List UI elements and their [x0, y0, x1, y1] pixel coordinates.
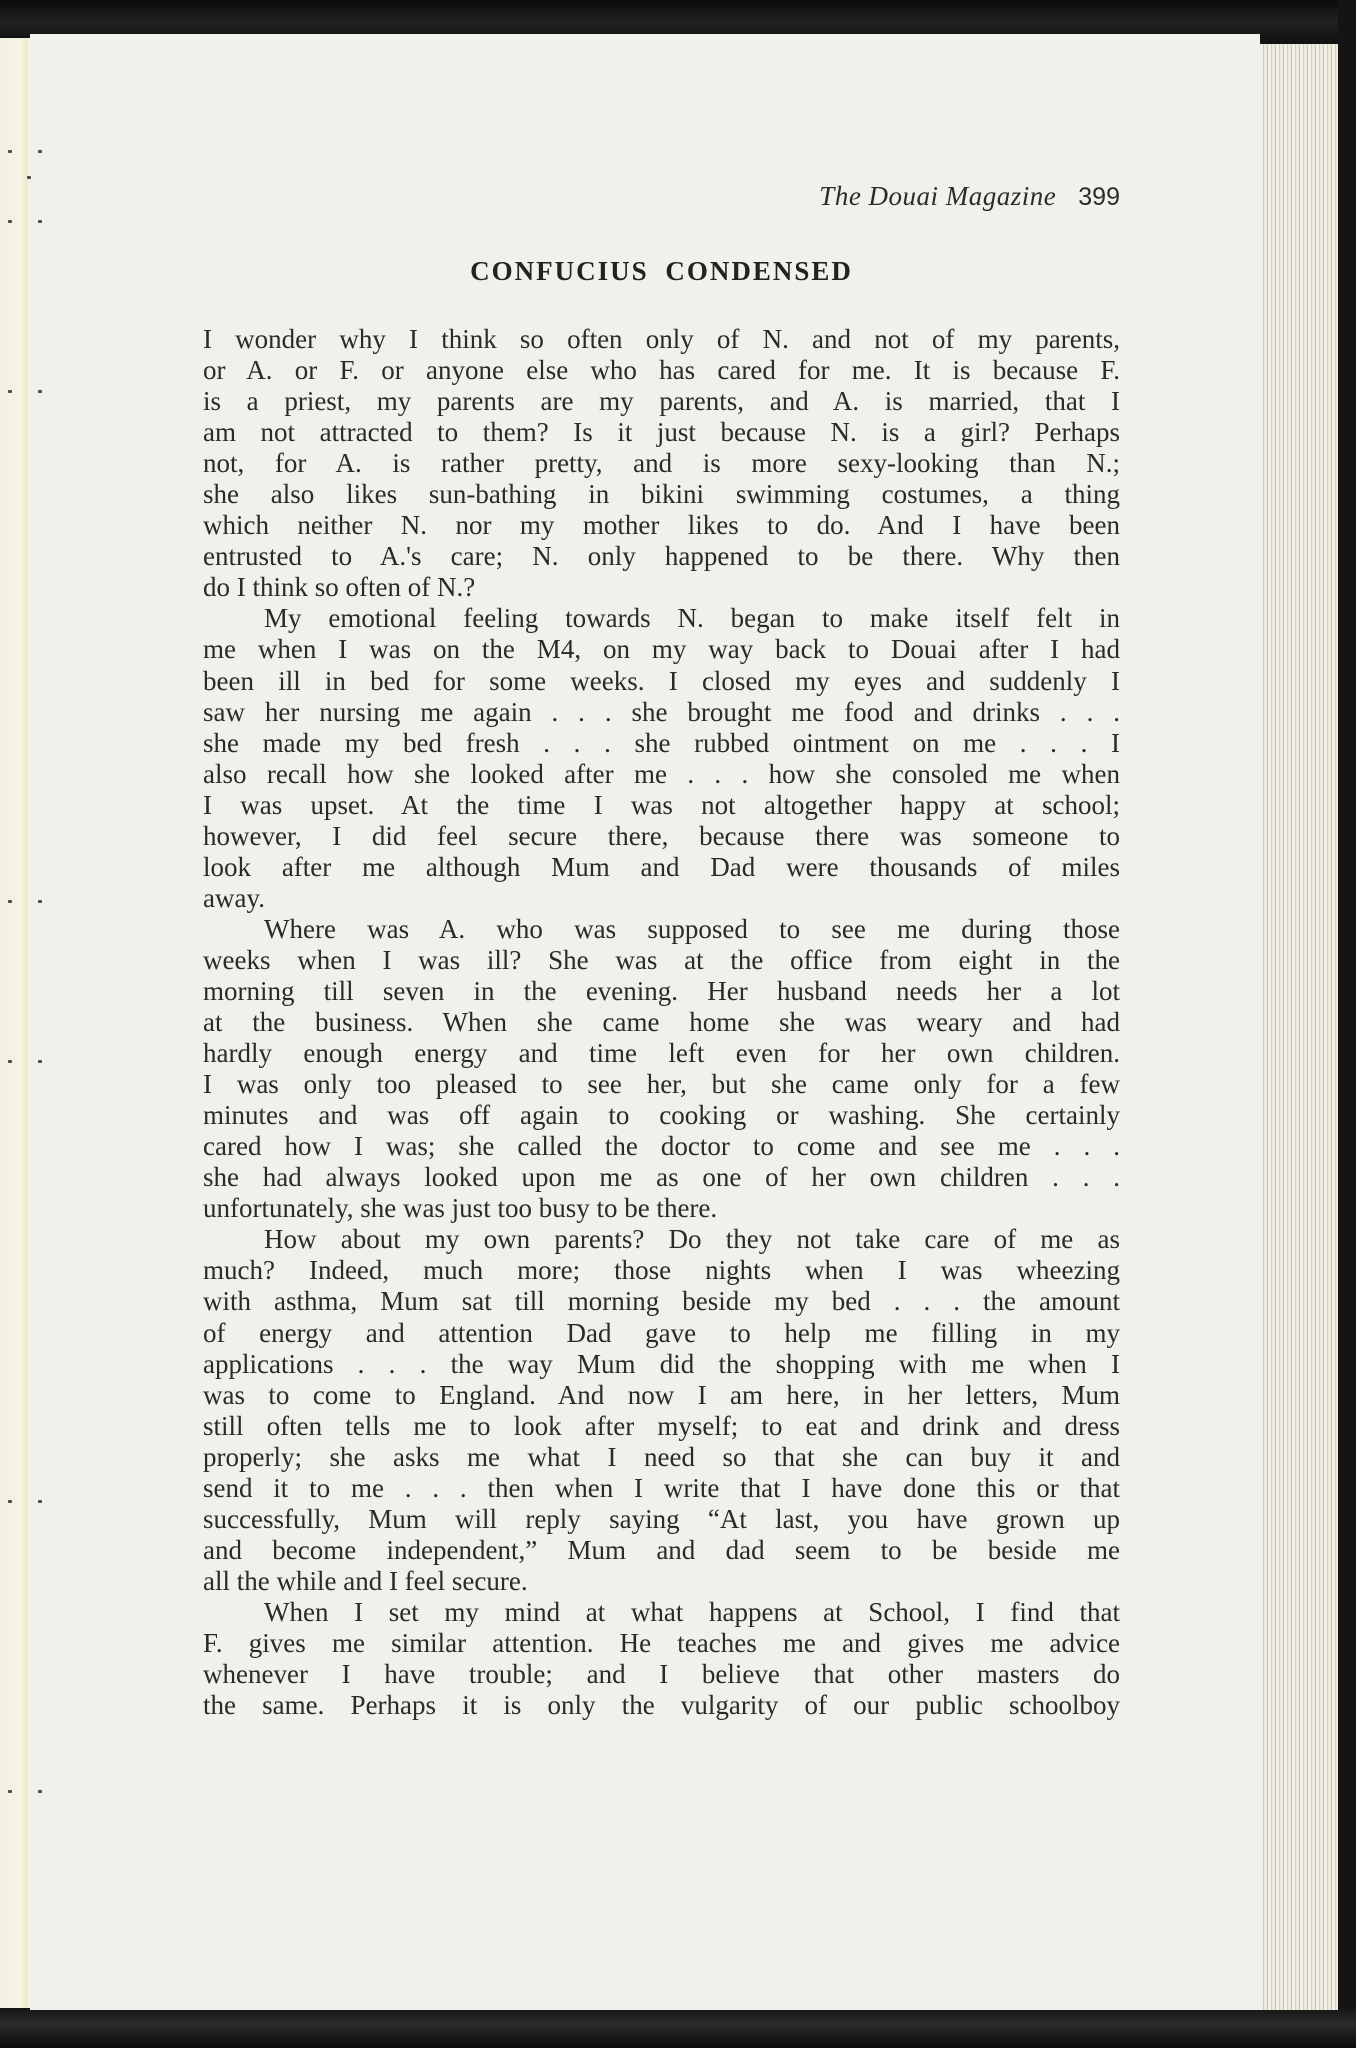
text-line: cared how I was; she called the doctor t… — [203, 1131, 1120, 1162]
text-line: much? Indeed, much more; those nights wh… — [203, 1255, 1120, 1286]
binding-mark — [38, 390, 42, 393]
text-line: Where was A. who was supposed to see me … — [203, 914, 1120, 945]
text-line: all the while and I feel secure. — [203, 1566, 1120, 1597]
text-line: however, I did feel secure there, becaus… — [203, 821, 1120, 852]
text-line: hardly enough energy and time left even … — [203, 1038, 1120, 1069]
text-line: and become independent,” Mum and dad see… — [203, 1535, 1120, 1566]
binding-mark — [8, 150, 12, 153]
text-line: which neither N. nor my mother likes to … — [203, 510, 1120, 541]
binding-mark — [38, 150, 42, 153]
text-line: morning till seven in the evening. Her h… — [203, 976, 1120, 1007]
text-line: am not attracted to them? Is it just bec… — [203, 417, 1120, 448]
binding-mark — [38, 1060, 42, 1063]
binding-mark — [38, 220, 42, 223]
text-line: weeks when I was ill? She was at the off… — [203, 945, 1120, 976]
binding-mark — [8, 1060, 12, 1063]
text-line: of energy and attention Dad gave to help… — [203, 1318, 1120, 1349]
binding-mark — [8, 1790, 12, 1793]
text-line: unfortunately, she was just too busy to … — [203, 1193, 1120, 1224]
text-line: with asthma, Mum sat till morning beside… — [203, 1286, 1120, 1317]
page-number: 399 — [1078, 183, 1120, 211]
text-line: How about my own parents? Do they not ta… — [203, 1224, 1120, 1255]
binding-mark — [38, 900, 42, 903]
paragraph: My emotional feeling towards N. began to… — [203, 603, 1120, 913]
text-line: she had always looked upon me as one of … — [203, 1162, 1120, 1193]
book-cover-right-edge — [1338, 0, 1356, 2048]
article-body: I wonder why I think so often only of N.… — [203, 324, 1120, 1721]
text-line: look after me although Mum and Dad were … — [203, 852, 1120, 883]
binding-mark — [8, 900, 12, 903]
paragraph: How about my own parents? Do they not ta… — [203, 1224, 1120, 1597]
text-line: whenever I have trouble; and I believe t… — [203, 1659, 1120, 1690]
binding-mark — [8, 220, 12, 223]
text-line: do I think so often of N.? — [203, 572, 1120, 603]
text-line: My emotional feeling towards N. began to… — [203, 603, 1120, 634]
binding-mark — [8, 1500, 12, 1503]
text-line: the same. Perhaps it is only the vulgari… — [203, 1690, 1120, 1721]
text-line: she made my bed fresh . . . she rubbed o… — [203, 728, 1120, 759]
text-line: F. gives me similar attention. He teache… — [203, 1628, 1120, 1659]
text-line: applications . . . the way Mum did the s… — [203, 1349, 1120, 1380]
book-cover-top-edge — [0, 0, 1356, 36]
publication-name: The Douai Magazine — [819, 181, 1056, 211]
text-line: properly; she asks me what I need so tha… — [203, 1442, 1120, 1473]
text-line: at the business. When she came home she … — [203, 1007, 1120, 1038]
text-line: send it to me . . . then when I write th… — [203, 1473, 1120, 1504]
page-edges-stack — [1260, 44, 1338, 2010]
binding-mark — [8, 390, 12, 393]
text-line: saw her nursing me again . . . she broug… — [203, 697, 1120, 728]
text-line: successfully, Mum will reply saying “At … — [203, 1504, 1120, 1535]
text-line: been ill in bed for some weeks. I closed… — [203, 666, 1120, 697]
text-line: still often tells me to look after mysel… — [203, 1411, 1120, 1442]
text-line: I wonder why I think so often only of N.… — [203, 324, 1120, 355]
paragraph: I wonder why I think so often only of N.… — [203, 324, 1120, 603]
binding-mark — [38, 1790, 42, 1793]
text-line: I was only too pleased to see her, but s… — [203, 1069, 1120, 1100]
text-line: also recall how she looked after me . . … — [203, 759, 1120, 790]
binding-mark — [38, 1500, 42, 1503]
article-title: CONFUCIUS CONDENSED — [203, 256, 1120, 287]
text-line: she also likes sun-bathing in bikini swi… — [203, 479, 1120, 510]
paragraph: When I set my mind at what happens at Sc… — [203, 1597, 1120, 1721]
text-line: was to come to England. And now I am her… — [203, 1380, 1120, 1411]
text-line: me when I was on the M4, on my way back … — [203, 634, 1120, 665]
text-line: or A. or F. or anyone else who has cared… — [203, 355, 1120, 386]
text-line: When I set my mind at what happens at Sc… — [203, 1597, 1120, 1628]
binding-mark — [27, 176, 31, 179]
text-line: entrusted to A.'s care; N. only happened… — [203, 541, 1120, 572]
text-line: away. — [203, 883, 1120, 914]
text-line: not, for A. is rather pretty, and is mor… — [203, 448, 1120, 479]
text-line: minutes and was off again to cooking or … — [203, 1100, 1120, 1131]
paragraph: Where was A. who was supposed to see me … — [203, 914, 1120, 1224]
text-line: is a priest, my parents are my parents, … — [203, 386, 1120, 417]
text-line: I was upset. At the time I was not altog… — [203, 790, 1120, 821]
book-cover-bottom-edge — [0, 2008, 1356, 2048]
running-head: The Douai Magazine399 — [819, 181, 1120, 212]
